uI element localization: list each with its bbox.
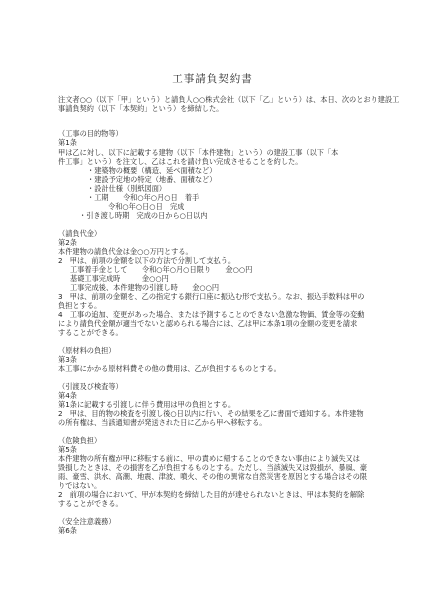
article-heading: （引渡及び検査等）	[58, 382, 123, 391]
article-line: 本件建物の所有権が甲に移転する前に、甲の責めに帰することのできない事由により滅失…	[58, 454, 360, 463]
article-line: 本件建物の請負代金は金○○万円とする。	[58, 247, 193, 256]
article-heading: （危険負担）	[58, 436, 101, 445]
article-line: 件工事」という）を注文し、乙はこれを請け負い完成させることを約した。	[58, 157, 302, 166]
article-line: りではない。	[58, 481, 101, 490]
article-line: 本工事にかかる原材料費その他の費用は、乙が負担するものとする。	[58, 364, 281, 373]
list-item: ・建設予定地の特定（地番、面積など）	[87, 175, 216, 184]
article-number: 第2条	[58, 238, 77, 247]
list-item: ・設計仕様（別紙図面）	[87, 184, 166, 193]
article-line: 4 工事の追加、変更があった場合、または予測することのできない急激な物価、賃金等…	[58, 310, 364, 319]
list-item: 令和○年○日○日 完成	[108, 202, 184, 211]
payment-line: 工事完成後、本件建物の引渡し時 金○○円	[70, 283, 219, 292]
article-number: 第1条	[58, 138, 77, 147]
article-number: 第6条	[58, 526, 77, 535]
article-line: 2 甲は、目的物の検査を引渡し後○日以内に行い、その結果を乙に書面で通知する。本…	[58, 409, 364, 418]
article-heading: （安全注意義務）	[58, 517, 116, 526]
article-line: 負担とする。	[58, 301, 101, 310]
list-item: ・引き渡し時期 完成の日から○日以内	[79, 211, 207, 220]
article-line: することができる。	[58, 499, 123, 508]
article-number: 第3条	[58, 355, 77, 364]
article-line: することができる。	[58, 328, 123, 337]
article-line: により請負代金額が適当でないと認められる場合には、乙は甲に本条1項の金額の変更を…	[58, 319, 357, 328]
article-line: 雨、豪雪、洪水、高潮、地震、津波、噴火、その他の異常な自然災害を原因とする場合は…	[58, 472, 367, 481]
list-item: ・工期 令和○年○月○日 着手	[87, 193, 199, 202]
article-number: 第5条	[58, 445, 77, 454]
article-line: 甲は乙に対し、以下に記載する建物（以下「本件建物」という）の建設工事（以下「本	[58, 148, 338, 157]
article-heading: （原材料の負担）	[58, 346, 116, 355]
document-title: 工事請負契約書	[0, 71, 425, 86]
article-number: 第4条	[58, 391, 77, 400]
article-line: の所有権は、当該通知書が発送された日に乙から甲へ移転する。	[58, 418, 266, 427]
article-line: 2 甲は、前項の金額を以下の方法で分割して支払う。	[58, 256, 235, 265]
list-item: ・建築物の概要（構造、延べ面積など）	[87, 166, 216, 175]
article-line: 3 甲は、前項の金額を、乙の指定する銀行口座に振込む形で支払う。なお、振込手数料…	[58, 292, 364, 301]
article-line: 2 前項の場合において、甲が本契約を締結した目的が達せられないときは、甲は本契約…	[58, 490, 364, 499]
document-page: 工事請負契約書 注文者○○（以下「甲」という）と請負人○○株式会社（以下「乙」と…	[0, 0, 425, 600]
preamble-line: 注文者○○（以下「甲」という）と請負人○○株式会社（以下「乙」という）は、本日、…	[58, 95, 399, 104]
payment-line: 工事着手金として 令和○年○月○日限り 金○○円	[70, 265, 252, 274]
preamble-line: 事請負契約（以下「本契約」という）を締結した。	[58, 104, 223, 113]
article-heading: （工事の目的物等）	[58, 129, 123, 138]
article-line: 第1条に記載する引渡しに伴う費用は甲の負担とする。	[58, 400, 235, 409]
payment-line: 基礎工事完成時 金○○円	[70, 274, 169, 283]
article-heading: （請負代金）	[58, 229, 101, 238]
article-line: 毀損したときは、その損害を乙が負担するものとする。ただし、当該滅失又は毀損が、暴…	[58, 463, 367, 472]
